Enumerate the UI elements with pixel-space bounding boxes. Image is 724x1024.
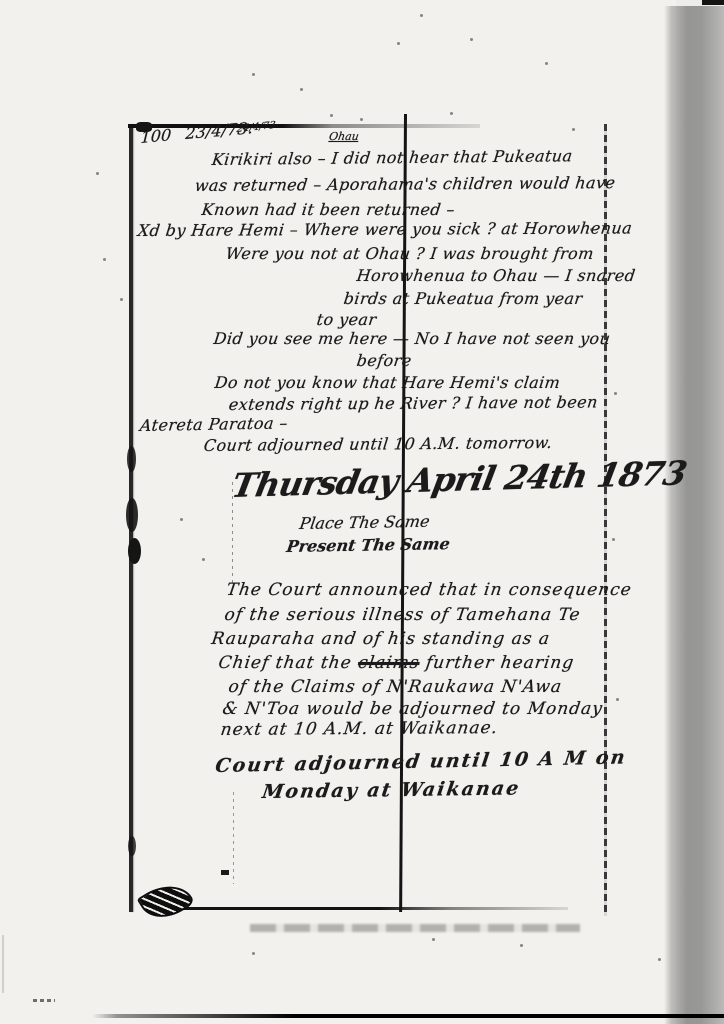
ink-speck (221, 870, 229, 875)
manuscript-line: to year (316, 310, 378, 329)
ink-blot (127, 446, 136, 472)
line-text: Chief that the (217, 653, 359, 673)
manuscript-line: Chief that the claims further hearing (217, 653, 575, 673)
dust-speck (397, 42, 400, 45)
manuscript-line: The Court announced that in consequence (225, 580, 633, 600)
ink-blot (128, 836, 136, 856)
manuscript-line: before (356, 351, 413, 370)
manuscript-line: Horowhenua to Ohau — I snared (356, 266, 637, 285)
dust-speck (520, 944, 523, 947)
dust-speck (470, 38, 473, 41)
dust-speck (450, 112, 453, 115)
manuscript-line: of the serious illness of Tamehana Te (223, 605, 582, 625)
manuscript-line: next at 10 A.M. at Waikanae. (219, 718, 499, 740)
present-line: Present The Same (285, 534, 451, 556)
folio-number: 100 (140, 125, 172, 147)
struck-word: claims (357, 653, 421, 673)
dust-speck (572, 128, 575, 131)
closing-adjournment-line: Monday at Waikanae (261, 777, 522, 803)
manuscript-line: Xd by Hare Hemi – Where were you sick ? … (137, 218, 634, 240)
dust-speck (202, 558, 205, 561)
manuscript-line: Rauparaha and of his standing as a (210, 629, 551, 649)
scan-edge-faint-line (2, 935, 4, 993)
dust-speck (252, 952, 255, 955)
faint-dotted-line (233, 792, 234, 884)
dust-speck (103, 258, 106, 261)
dust-speck (120, 298, 123, 301)
manuscript-line: Known had it been returned – (201, 200, 456, 219)
dust-speck (96, 172, 99, 175)
underlined-header-word: Ohau (328, 130, 360, 143)
frame-border-bottom (148, 907, 568, 910)
manuscript-line: was returned – Aporahama's children woul… (194, 173, 617, 195)
scan-edge-line (92, 1014, 724, 1018)
frame-border-right (604, 124, 607, 916)
dust-speck (300, 88, 303, 91)
manuscript-line: Do not you know that Hare Hemi's claim (214, 373, 562, 392)
dust-speck (330, 114, 333, 117)
manuscript-line: Were you not at Ohau ? I was brought fro… (225, 244, 595, 263)
manuscript-line: Kirikiri also – I did not hear that Puke… (211, 146, 574, 169)
place-line: Place The Same (298, 512, 431, 533)
dust-speck (658, 958, 661, 961)
manuscript-line: & N'Toa would be adjourned to Monday (221, 699, 604, 719)
manuscript-line: birds at Pukeatua from year (343, 289, 584, 308)
dust-speck (614, 392, 617, 395)
manuscript-line: Did you see me here — No I have not seen… (213, 329, 612, 348)
witness-name-line: Atereta Paratoa – (139, 413, 289, 435)
ink-blot (128, 538, 141, 564)
line-text: further hearing (418, 653, 575, 673)
pencil-dash-mark (33, 999, 55, 1002)
dust-speck (616, 698, 619, 701)
dust-speck (180, 518, 183, 521)
manuscript-line: extends right up he River ? I have not b… (228, 392, 599, 414)
adjournment-line: Court adjourned until 10 A.M. tomorrow. (203, 433, 554, 455)
dust-speck (545, 62, 548, 65)
scan-corner-mark (702, 0, 724, 5)
dust-speck (252, 73, 255, 76)
dust-speck (360, 118, 363, 121)
dust-speck (612, 538, 615, 541)
book-spine-shadow (664, 6, 724, 1024)
dust-speck (432, 938, 435, 941)
dust-speck (420, 14, 423, 17)
smudge-band (250, 924, 580, 932)
ink-blot (126, 498, 138, 532)
scanned-document-page: 10023/4/73. 24/4/73 Ohau Kirikiri also –… (0, 0, 724, 1024)
manuscript-line: of the Claims of N'Raukawa N'Awa (227, 677, 563, 697)
